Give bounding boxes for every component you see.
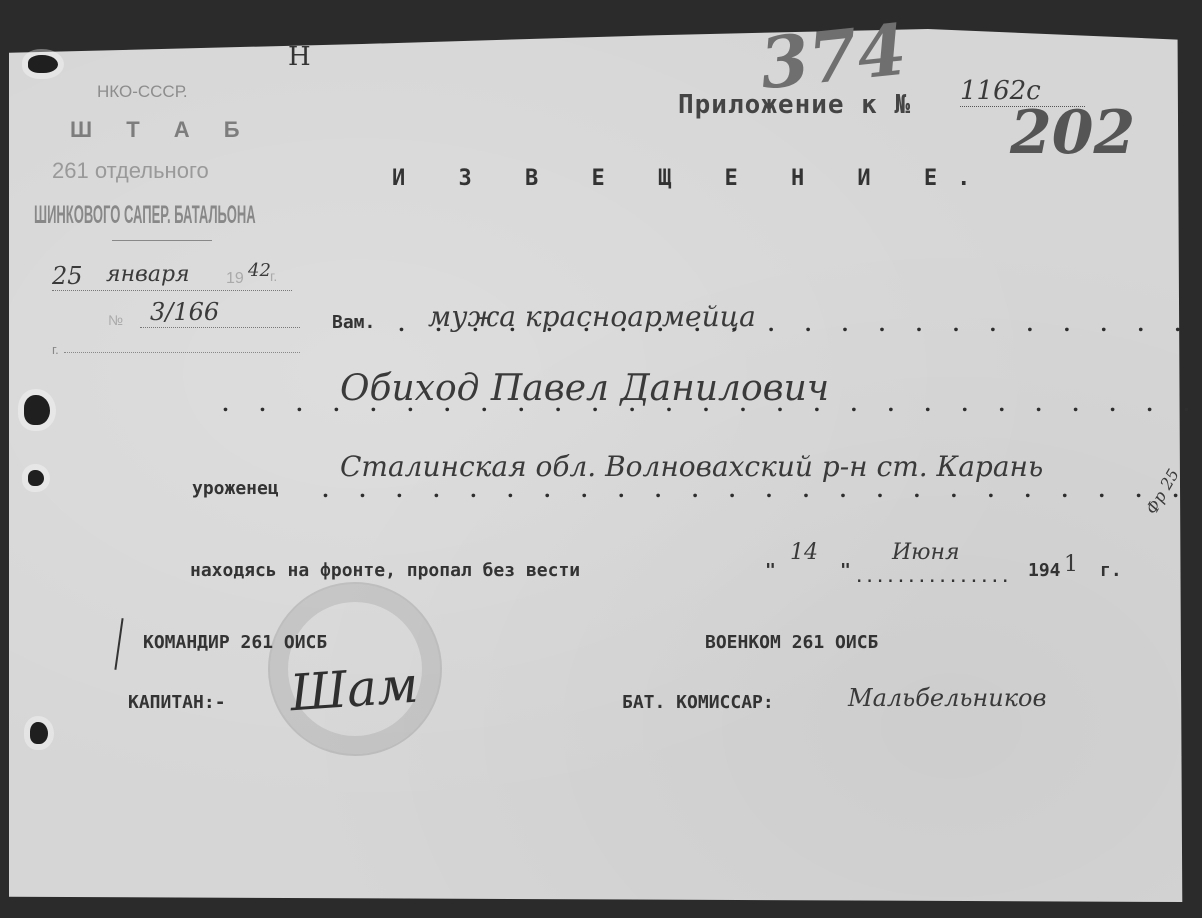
binder-hole [28,55,58,73]
commissar-title: ВОЕНКОМ 261 ОИСБ [705,632,878,653]
corner-letter: Н [288,42,311,72]
city-rule [64,352,300,353]
issue-number-label: № [108,312,123,328]
commander-rank: КАПИТАН:- [128,692,226,713]
annex-number: 1162с [960,76,1085,107]
document-title: И З В Е Щ Е Н И Е. [392,166,990,191]
issue-date-suffix: г. [270,268,277,284]
binder-hole [30,722,48,744]
date-rule [52,290,292,291]
missing-year-prefix: 194 [1028,560,1061,581]
commander-signature: Шам [288,656,420,723]
issue-date-day: 25 [52,262,83,290]
stamp-rule [112,240,212,241]
archive-number-right: 202 [1010,98,1135,168]
missing-year-suffix: г. [1100,560,1122,581]
issue-date-year: 42 [248,260,271,281]
missing-month: Июня [892,540,960,565]
quote-open: " [765,560,776,581]
issue-date-year-prefix: 19 [226,270,244,288]
commissar-rank: БАТ. КОМИССАР: [622,692,774,713]
to-label: Вам. [332,312,375,333]
commander-title: КОМАНДИР 261 ОИСБ [143,632,327,653]
dotted-leader: ............... [855,570,1011,586]
annex-label: Приложение к № [678,90,911,120]
stamp-nko: НКО-СССР. [97,82,188,102]
quote-close: " [840,560,851,581]
dotted-leader: ......................... [398,312,1202,336]
issue-number: 3/166 [150,298,219,326]
stamp-unit: 261 отдельного [52,158,209,184]
stamp-shtab: Ш Т А Б [70,117,254,143]
commissar-signature: Мальбельников [848,684,1046,712]
number-rule [140,327,300,328]
missing-text: находясь на фронте, пропал без вести [190,560,580,581]
stamp-battalion: ШИНКОВОГО САПЕР. БАТАЛЬОНА [34,200,256,229]
binder-hole [24,395,50,425]
dotted-leader: ............................... [222,392,1202,416]
issue-date-month: января [106,262,190,287]
city-label: г. [52,342,59,357]
missing-day: 14 [790,540,818,565]
dotted-leader: .......................... [322,478,1202,502]
missing-year: 1 [1064,552,1078,577]
binder-hole [28,470,44,486]
native-label: уроженец [192,478,279,499]
